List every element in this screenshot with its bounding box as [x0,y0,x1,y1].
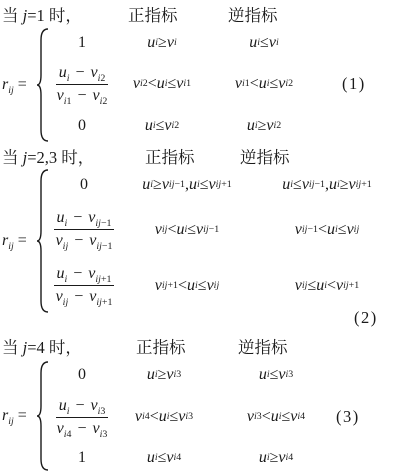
left-brace-icon [36,169,50,313]
cases: 0 ui ≥ vij−1 ,ui ≤ vij+1 ui ≤ vij−1 ,ui … [50,169,395,313]
case-row: ui − vi3 vi4 − vi3 vi4 < ui ≤ vi3 vi3 < … [50,391,324,443]
case-row: 0 ui ≤ vi2 ui ≥ vi2 [50,109,310,143]
negative-condition: vij−1 < ui ≤ vij [256,221,395,239]
fraction-numerator: ui − vi3 [56,397,109,418]
case-row: ui − vij+1 vij − vij+1 vij+1 < ui ≤ vij … [50,258,395,313]
case-row: ui − vi2 vi1 − vi2 vi2 < ui ≤ vi1 vi1 < … [50,59,310,109]
case-value: 1 [50,34,114,52]
case-row: 0 ui ≥ vij−1 ,ui ≤ vij+1 ui ≤ vij−1 ,ui … [50,169,395,201]
case-value: 0 [50,176,118,194]
positive-condition: vij < ui ≤ vij−1 [118,221,256,239]
fraction-numerator: ui − vij+1 [54,265,115,286]
equation-lhs: rij = [0,232,36,250]
positive-condition: ui ≥ vij−1 ,ui ≤ vij+1 [118,176,256,194]
fraction: ui − vij−1 vij − vij−1 [54,209,115,250]
positive-indicator-header: 正指标 [145,144,195,168]
section-j23: 当 j=2,3 时， 正指标 逆指标 rij = 0 ui ≥ vij−1 ,u… [0,144,395,313]
negative-indicator-header: 逆指标 [240,144,290,168]
equation: rij = 0 ui ≥ vij−1 ,ui ≤ vij+1 ui ≤ vij−… [0,169,395,313]
equation-number: (3) [336,407,360,427]
section-j4: 当 j=4 时， 正指标 逆指标 rij = 0 ui ≥ vi3 ui ≤ v… [0,334,395,473]
section-header: 当 j=2,3 时， 正指标 逆指标 [0,144,395,166]
negative-condition: vij ≤ ui < vij+1 [256,277,395,295]
fraction: ui − vi2 vi1 − vi2 [56,64,109,105]
case-row: 0 ui ≥ vi3 ui ≤ vi3 [50,359,324,391]
case-row: 1 ui ≥ vi ui ≤ vi [50,27,310,59]
section-header: 当 j=1 时， 正指标 逆指标 [0,2,395,24]
positive-condition: ui ≤ vi2 [114,117,210,135]
negative-condition: ui ≥ vi2 [218,117,310,135]
negative-condition: ui ≤ vi3 [228,366,324,384]
negative-condition: vi1 < ui ≤ vi2 [218,75,310,93]
negative-condition: ui ≤ vij−1 ,ui ≥ vij+1 [256,176,395,194]
fraction-numerator: ui − vi2 [56,64,109,85]
positive-condition: ui ≥ vi3 [114,366,214,384]
left-brace-icon [36,28,50,142]
case-value: ui − vij−1 vij − vij−1 [50,209,118,250]
fraction: ui − vij+1 vij − vij+1 [54,265,115,306]
positive-condition: vij+1 < ui ≤ vij [118,277,256,295]
case-value: ui − vi2 vi1 − vi2 [50,64,114,105]
section-header: 当 j=4 时， 正指标 逆指标 [0,334,395,356]
equation: rij = 1 ui ≥ vi ui ≤ vi ui − vi2 vi1 − v… [0,27,395,143]
condition-label: 当 j=2,3 时， [2,144,94,168]
positive-condition: vi4 < ui ≤ vi3 [114,408,214,426]
case-value: ui − vi3 vi4 − vi3 [50,397,114,438]
condition-label: 当 j=4 时， [2,334,82,358]
fraction-denominator: vi1 − vi2 [57,85,108,105]
cases: 0 ui ≥ vi3 ui ≤ vi3 ui − vi3 vi4 − vi3 v… [50,359,324,473]
positive-condition: ui ≥ vi [114,34,210,52]
negative-indicator-header: 逆指标 [238,334,288,358]
positive-condition: ui ≤ vi4 [114,449,214,467]
equation-lhs: rij = [0,407,36,425]
positive-indicator-header: 正指标 [136,334,186,358]
case-value: 0 [50,366,114,384]
equation-lhs: rij = [0,76,36,94]
fraction: ui − vi3 vi4 − vi3 [56,397,109,438]
fraction-denominator: vi4 − vi3 [57,418,108,438]
section-j1: 当 j=1 时， 正指标 逆指标 rij = 1 ui ≥ vi ui ≤ vi… [0,2,395,143]
case-row: 1 ui ≤ vi4 ui ≥ vi4 [50,443,324,473]
equation-number: (2) [354,308,378,328]
negative-condition: vi3 < ui ≤ vi4 [228,408,324,426]
left-brace-icon [36,361,50,471]
case-row: ui − vij−1 vij − vij−1 vij < ui ≤ vij−1 … [50,201,395,258]
fraction-denominator: vij − vij−1 [56,230,113,250]
cases: 1 ui ≥ vi ui ≤ vi ui − vi2 vi1 − vi2 vi2… [50,27,310,143]
negative-condition: ui ≥ vi4 [228,449,324,467]
condition-label: 当 j=1 时， [2,2,82,26]
negative-condition: ui ≤ vi [218,34,310,52]
fraction-denominator: vij − vij+1 [56,286,113,306]
negative-indicator-header: 逆指标 [228,2,278,26]
case-value: ui − vij+1 vij − vij+1 [50,265,118,306]
positive-condition: vi2 < ui ≤ vi1 [114,75,210,93]
positive-indicator-header: 正指标 [128,2,178,26]
case-value: 1 [50,449,114,467]
equation-number: (1) [342,74,366,94]
fraction-numerator: ui − vij−1 [54,209,115,230]
case-value: 0 [50,117,114,135]
